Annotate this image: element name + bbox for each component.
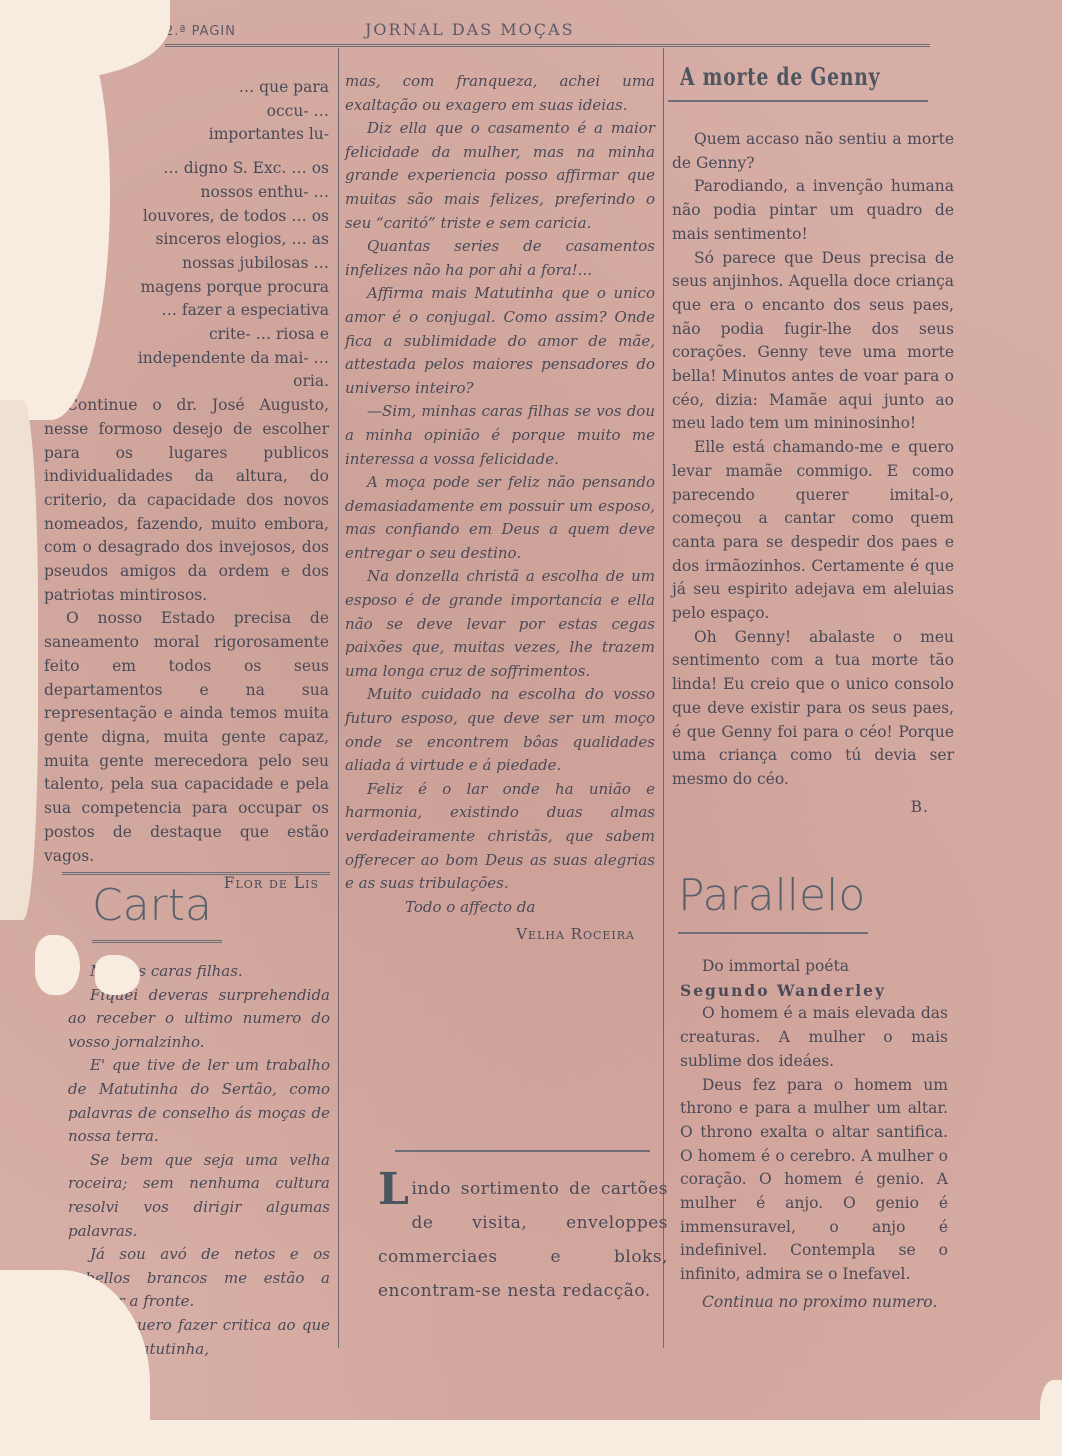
poem-author: Segundo Wanderley <box>680 979 948 1003</box>
article-paragraph: Parodiando, a invenção humana não podia … <box>672 175 954 246</box>
letter-paragraph: Na donzella christã a escolha de um espo… <box>345 565 655 683</box>
masthead: JORNAL DAS MOÇAS <box>365 20 575 39</box>
poem-intro: Do immortal poéta <box>680 955 948 979</box>
letter-paragraph: Se bem que seja uma velha roceira; sem n… <box>68 1149 330 1243</box>
letter-paragraph: Affirma mais Matutinha que o unico amor … <box>345 282 655 400</box>
article-paragraph: Elle está chamando-me e quero levar mamã… <box>672 436 954 626</box>
article-column-2: mas, com franqueza, achei uma exaltação … <box>345 70 655 947</box>
genny-title: A morte de Genny <box>680 62 880 91</box>
article-paragraph: O nosso Estado precisa de saneamento mor… <box>44 607 329 868</box>
letter-paragraph: A moça pode ser feliz não pensando demas… <box>345 471 655 565</box>
newspaper-page: 2.ª PAGIN JORNAL DAS MOÇAS … que para oc… <box>0 0 1062 1440</box>
paper-damage <box>35 935 80 995</box>
letter-paragraph: —Sim, minhas caras filhas se vos dou a m… <box>345 400 655 471</box>
article-paragraph: Só parece que Deus precisa de seus anjin… <box>672 247 954 437</box>
letter-closing: Todo o affecto da <box>345 896 655 920</box>
drop-cap: L <box>378 1172 409 1208</box>
paper-damage <box>95 955 140 995</box>
section-rule <box>62 872 330 875</box>
article-paragraph: Quem accaso não sentiu a morte de Genny? <box>672 128 954 175</box>
genny-body: Quem accaso não sentiu a morte de Genny?… <box>672 128 954 819</box>
article-signature: B. <box>672 796 954 820</box>
section-rule <box>92 940 222 943</box>
letter-paragraph: Diz ella que o casamento é a maior felic… <box>345 117 655 235</box>
section-rule <box>678 932 868 934</box>
letter-paragraph: Muito cuidado na escolha do vosso futuro… <box>345 683 655 777</box>
continued-note: Continua no proximo numero. <box>680 1291 948 1315</box>
article-paragraph: O homem é a mais elevada das creaturas. … <box>680 1002 948 1073</box>
letter-paragraph: mas, com franqueza, achei uma exaltação … <box>345 70 655 117</box>
page-number: 2.ª PAGIN <box>165 24 236 39</box>
column-divider <box>663 48 664 1348</box>
section-rule <box>395 1150 650 1152</box>
page-header: 2.ª PAGIN JORNAL DAS MOÇAS <box>165 18 930 47</box>
parallelo-title: Parallelo <box>678 870 865 921</box>
letter-signature: Velha Roceira <box>345 923 655 947</box>
scan-margin <box>1062 0 1069 1456</box>
article-paragraph: Oh Genny! abalaste o meu sentimento com … <box>672 626 954 792</box>
article-paragraph: Continue o dr. José Augusto, nesse formo… <box>44 394 329 607</box>
advertisement-text: indo sortimento de cartões de visita, en… <box>378 1179 668 1301</box>
article-paragraph: Deus fez para o homem um throno e para a… <box>680 1074 948 1287</box>
section-rule <box>668 100 928 102</box>
letter-paragraph: Feliz é o lar onde ha união e harmonia, … <box>345 778 655 896</box>
parallelo-body: Do immortal poéta Segundo Wanderley O ho… <box>680 955 948 1315</box>
letter-paragraph: E' que tive de ler um trabalho de Matuti… <box>68 1054 330 1148</box>
advertisement: L indo sortimento de cartões de visita, … <box>378 1172 668 1308</box>
column-divider <box>338 48 339 1348</box>
carta-title: Carta <box>92 880 212 931</box>
scan-margin <box>0 1420 1069 1456</box>
letter-paragraph: Quantas series de casamentos infelizes n… <box>345 235 655 282</box>
paper-damage <box>0 400 38 920</box>
